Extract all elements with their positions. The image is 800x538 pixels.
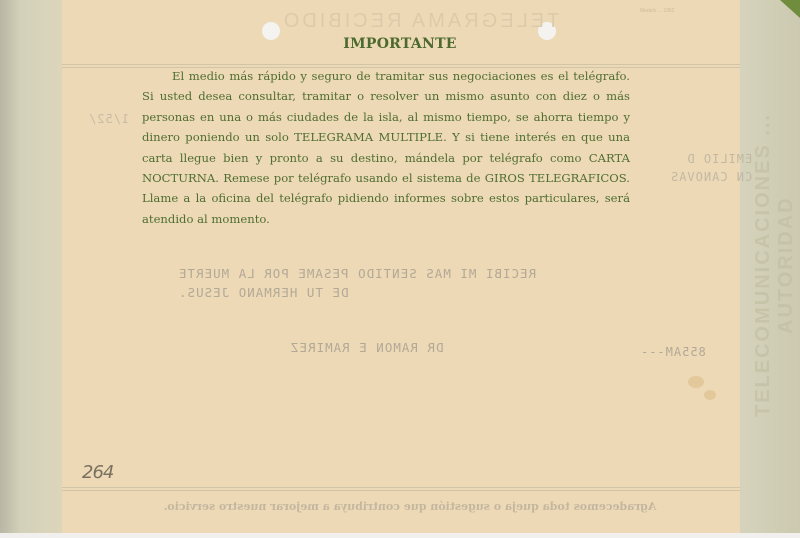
left-shadow: [0, 0, 20, 533]
stain: [704, 390, 716, 400]
ghost-addressee-line-1: EMILIO D: [686, 152, 752, 166]
notice-paragraph: El medio más rápido y seguro de tramitar…: [142, 66, 630, 229]
ghost-time: 855AM---: [640, 345, 706, 359]
handwritten-number: 264: [82, 462, 113, 483]
notice-body: El medio más rápido y seguro de tramitar…: [142, 66, 630, 229]
ghost-signature: DR RAMON E RAMIREZ: [290, 340, 443, 355]
telegram-paper: TELECOMUNICACIONES ... AUTORIDAD Modelo …: [0, 0, 800, 533]
scan-bottom-edge: [0, 533, 800, 538]
stain: [688, 376, 704, 388]
ghost-message-line-2: DE TU HERMANO JESUS.: [178, 285, 349, 300]
ghost-message: RECIBI MI MAS SENTIDO PESAME POR LA MUER…: [178, 264, 598, 302]
bottom-rule: [62, 487, 740, 491]
ghost-addressee-line-2: CN CANOVAS: [670, 170, 752, 184]
heading: IMPORTANTE: [0, 36, 800, 52]
ghost-title: TELEGRAMA RECIBIDO: [260, 10, 580, 33]
corner-fold: [780, 0, 800, 18]
ghost-message-line-1: RECIBI MI MAS SENTIDO PESAME POR LA MUER…: [178, 266, 536, 281]
side-strip-text: TELECOMUNICACIONES ... AUTORIDAD: [752, 70, 792, 460]
footer-ghost-text: Agradecemos toda queja o sugestión que c…: [130, 500, 690, 513]
ghost-date: 1/52/: [88, 112, 129, 126]
form-code: Modelo ... 1952: [640, 8, 674, 14]
ghost-addressee: EMILIO D CN CANOVAS: [670, 150, 752, 186]
